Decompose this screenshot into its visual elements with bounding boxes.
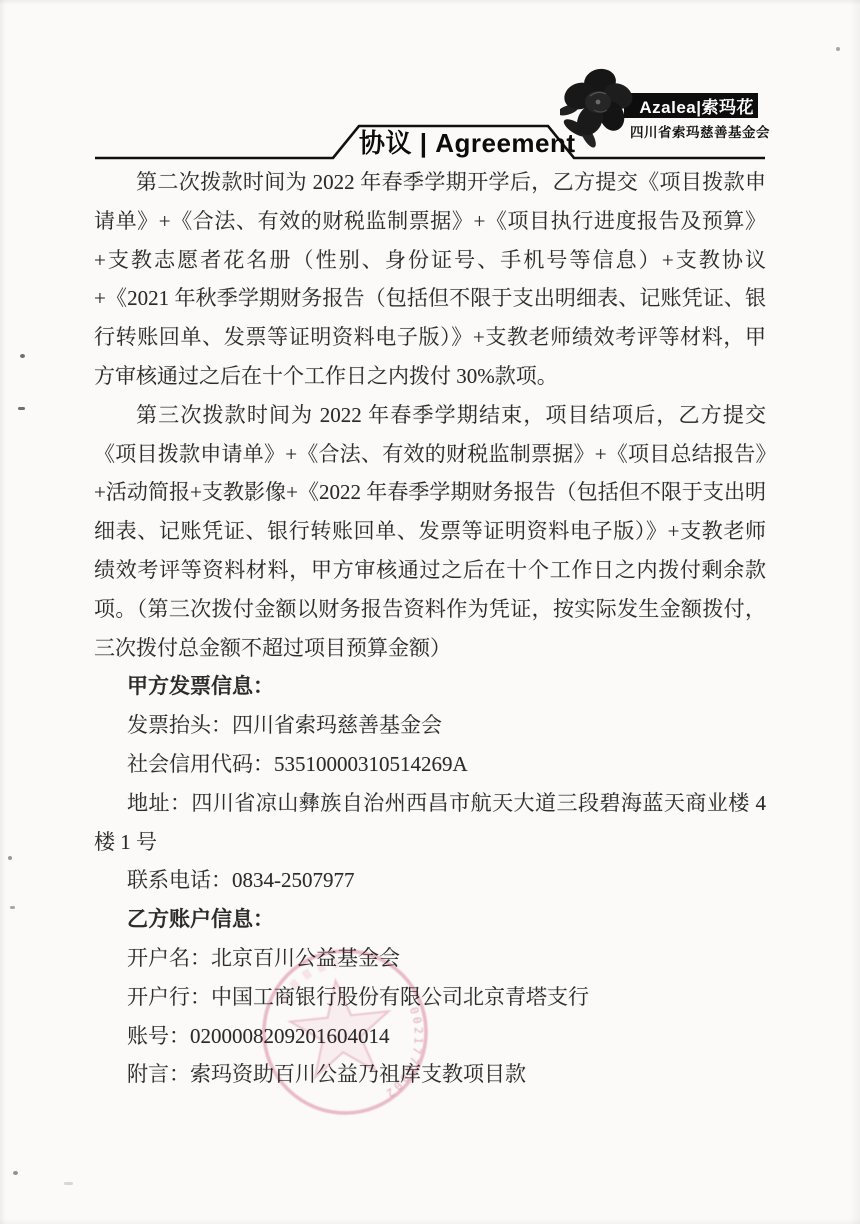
seal-star-icon: [286, 976, 394, 1080]
scan-speck: [8, 856, 12, 860]
account-info-heading: 乙方账户信息：: [94, 900, 766, 939]
invoice-detail-line: 地址：四川省凉山彝族自治州西昌市航天大道三段碧海蓝天商业楼 4 楼 1 号: [94, 784, 766, 862]
invoice-info-heading: 甲方发票信息：: [94, 667, 766, 706]
scan-speck: [10, 906, 15, 909]
scan-speck: [13, 1171, 18, 1175]
document-body: 第二次拨款时间为 2022 年春季学期开学后，乙方提交《项目拨款申请单》+《合法…: [94, 163, 766, 1094]
scan-speck: [18, 407, 25, 410]
scanned-agreement-page: Azalea|索玛花 四川省索玛慈善基金会: [0, 0, 860, 1224]
official-seal-stamp: 0021776002: [248, 935, 441, 1128]
invoice-detail-line: 发票抬头：四川省索玛慈善基金会: [94, 706, 766, 745]
invoice-detail-line: 联系电话：0834-2507977: [94, 861, 766, 900]
page-title: 协议 | Agreement: [359, 127, 571, 159]
account-detail-line: 开户名：北京百川公益基金会: [94, 939, 766, 978]
scan-speck: [20, 354, 25, 358]
invoice-detail-lines: 发票抬头：四川省索玛慈善基金会社会信用代码：53510000310514269A…: [94, 706, 766, 900]
azalea-flower-icon: [560, 66, 638, 148]
paragraph-third-disbursement: 第三次拨款时间为 2022 年春季学期结束，项目结项后，乙方提交《项目拨款申请单…: [94, 396, 766, 668]
invoice-detail-line: 社会信用代码：53510000310514269A: [94, 745, 766, 784]
scan-speck: [64, 1182, 73, 1185]
scan-speck: [836, 47, 840, 51]
paragraph-second-disbursement: 第二次拨款时间为 2022 年春季学期开学后，乙方提交《项目拨款申请单》+《合法…: [94, 163, 766, 396]
agreement-banner: 协议 | Agreement: [93, 113, 767, 165]
